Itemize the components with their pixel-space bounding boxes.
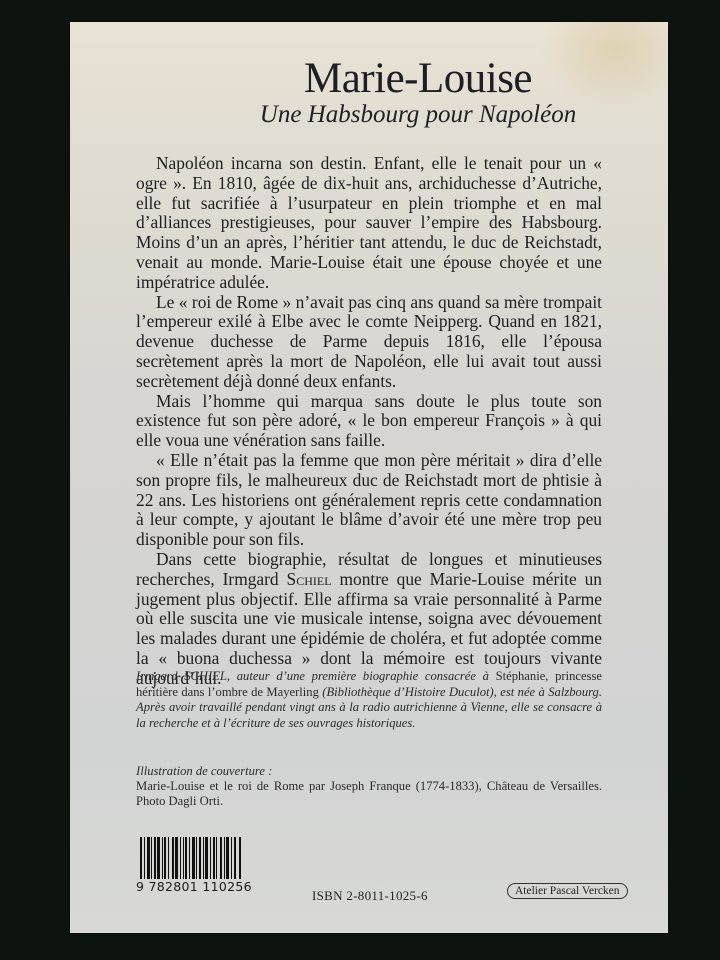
illustration-label: Illustration de couverture : [136,764,602,779]
blurb-paragraph-last: Dans cette biographie, résultat de longu… [136,550,602,689]
book-subtitle: Une Habsbourg pour Napoléon [70,101,668,129]
barcode-digits: 9 782801 110256 [136,879,256,894]
author-bio: Irmgard SCHIEL, auteur d’une première bi… [136,669,602,731]
author-name-smallcaps: Schiel [287,569,332,589]
blurb-paragraph: Le « roi de Rome » n’avait pas cinq ans … [136,293,602,392]
illustration-text: Marie-Louise et le roi de Rome par Josep… [136,779,602,808]
blurb: Napoléon incarna son destin. Enfant, ell… [136,154,602,689]
blurb-paragraph: Napoléon incarna son destin. Enfant, ell… [136,154,602,293]
barcode [140,837,252,879]
blurb-paragraph: Mais l’homme qui marqua sans doute le pl… [136,392,602,451]
publisher-logo: Atelier Pascal Vercken [507,883,628,899]
illustration-credit: Illustration de couverture : Marie-Louis… [136,764,602,809]
blurb-paragraph: « Elle n’était pas la femme que mon père… [136,451,602,550]
book-back-cover: Marie-Louise Une Habsbourg pour Napoléon… [70,22,668,933]
isbn: ISBN 2-8011-1025-6 [312,888,428,904]
book-title: Marie-Louise [70,54,668,103]
bio-text-italic: Irmgard SCHIEL, auteur d’une première bi… [136,669,496,683]
